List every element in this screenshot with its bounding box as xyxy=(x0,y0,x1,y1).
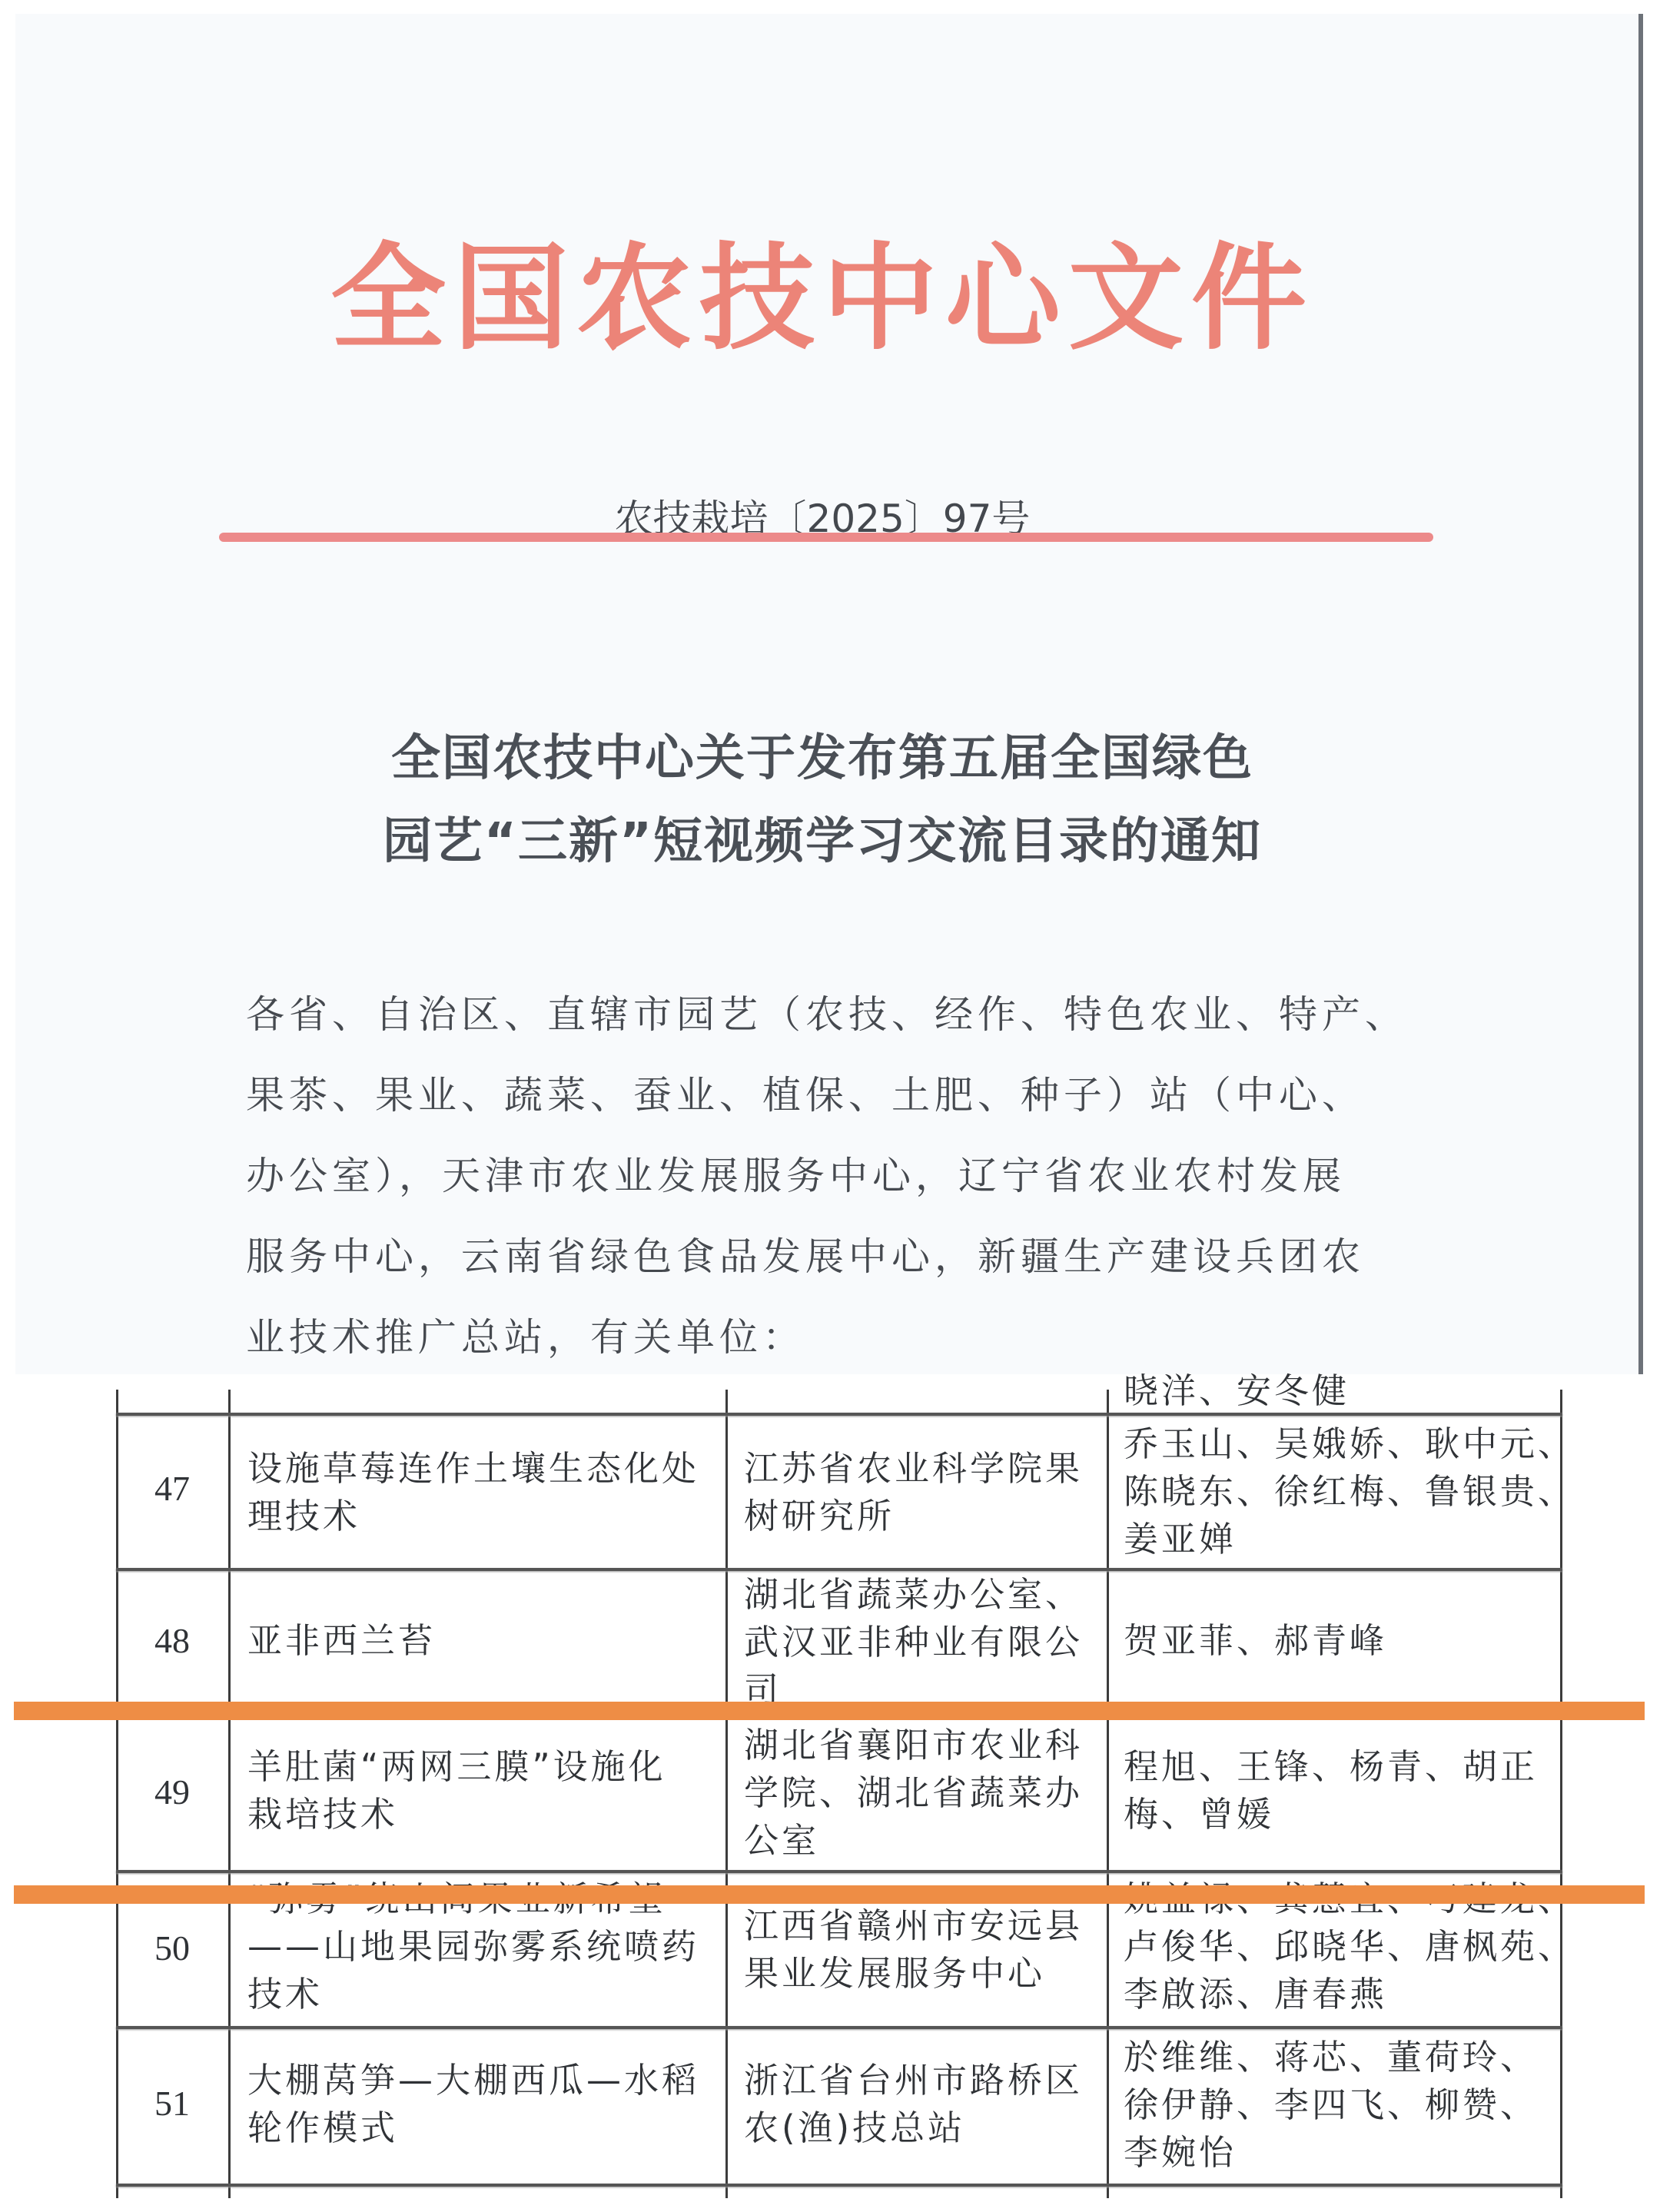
unit-line: 湖北省襄阳市农业科 xyxy=(744,1722,1083,1769)
salutation-line: 果茶、果业、蔬菜、蚕业、植保、土肥、种子）站（中心、 xyxy=(246,1055,1414,1136)
row-number: 51 xyxy=(116,2083,228,2124)
title-line: 大棚莴笋—大棚西瓜—水稻 xyxy=(247,2057,699,2104)
red-divider-rule xyxy=(219,533,1433,542)
column-divider xyxy=(1107,1390,1109,2198)
salutation-line: 办公室），天津市农业发展服务中心，辽宁省农业农村发展 xyxy=(246,1136,1414,1217)
names-cell-partial: 晓洋、安冬健 xyxy=(1124,1372,1350,1410)
salutation-line: 各省、自治区、直辖市园艺（农技、经作、特色农业、特产、 xyxy=(246,975,1414,1055)
unit-cell: 江西省赣州市安远县 果业发展服务中心 xyxy=(744,1902,1083,1998)
title-cell: 大棚莴笋—大棚西瓜—水稻 轮作模式 xyxy=(247,2057,699,2152)
row-divider xyxy=(116,2184,1562,2187)
unit-line: 江西省赣州市安远县 xyxy=(744,1902,1083,1950)
title-line: 轮作模式 xyxy=(247,2104,699,2152)
unit-cell: 湖北省蔬菜办公室、 武汉亚非种业有限公 司 xyxy=(744,1571,1083,1714)
names-line: 陈晓东、徐红梅、鲁银贵、 xyxy=(1124,1468,1575,1516)
title-line: “弥雾”绕山间果业新希望 xyxy=(247,1875,699,1923)
title-line: 亚非西兰苔 xyxy=(247,1617,436,1665)
names-cell: 姚益禄、龚慧宜、刁建龙、 卢俊华、邱晓华、唐枫苑、 李啟添、唐春燕 xyxy=(1124,1875,1575,2018)
names-line: 卢俊华、邱晓华、唐枫苑、 xyxy=(1124,1923,1575,1971)
names-line: 姜亚婵 xyxy=(1124,1516,1575,1563)
unit-line: 树研究所 xyxy=(744,1493,1083,1540)
names-line: 姚益禄、龚慧宜、刁建龙、 xyxy=(1124,1875,1575,1923)
title-line: 栽培技术 xyxy=(247,1791,666,1838)
names-cell: 程旭、王锋、杨青、胡正 梅、曾媛 xyxy=(1124,1743,1538,1838)
names-cell: 乔玉山、吴娥娇、耿中元、 陈晓东、徐红梅、鲁银贵、 姜亚婵 xyxy=(1124,1420,1575,1563)
red-letterhead: 全国农技中心文件 xyxy=(15,221,1629,375)
notice-title-line-2: 园艺“三新”短视频学习交流目录的通知 xyxy=(15,800,1629,883)
names-line: 贺亚菲、郝青峰 xyxy=(1124,1617,1387,1665)
title-line: 羊肚菌“两网三膜”设施化 xyxy=(247,1743,666,1791)
row-number: 49 xyxy=(116,1772,228,1812)
unit-line: 浙江省台州市路桥区 xyxy=(744,2057,1083,2104)
title-cell: “弥雾”绕山间果业新希望 ——山地果园弥雾系统喷药 技术 xyxy=(247,1875,699,2018)
notice-title-line-1: 全国农技中心关于发布第五届全国绿色 xyxy=(15,717,1629,800)
unit-cell: 湖北省襄阳市农业科 学院、湖北省蔬菜办 公室 xyxy=(744,1722,1083,1865)
names-cell: 贺亚菲、郝青峰 xyxy=(1124,1617,1387,1665)
unit-line: 学院、湖北省蔬菜办 xyxy=(744,1769,1083,1817)
names-line: 梅、曾媛 xyxy=(1124,1791,1538,1838)
column-divider xyxy=(228,1390,231,2198)
unit-line: 司 xyxy=(744,1666,1083,1714)
unit-line: 江苏省农业科学院果 xyxy=(744,1445,1083,1493)
unit-cell: 江苏省农业科学院果 树研究所 xyxy=(744,1445,1083,1540)
title-cell: 设施草莓连作土壤生态化处 理技术 xyxy=(247,1445,699,1540)
title-line: ——山地果园弥雾系统喷药 xyxy=(247,1923,699,1971)
notice-title: 全国农技中心关于发布第五届全国绿色 园艺“三新”短视频学习交流目录的通知 xyxy=(15,717,1629,883)
names-line: 於维维、蒋芯、董荷玲、 xyxy=(1124,2034,1538,2081)
title-cell: 羊肚菌“两网三膜”设施化 栽培技术 xyxy=(247,1743,666,1838)
salutation-line: 服务中心，云南省绿色食品发展中心，新疆生产建设兵团农 xyxy=(246,1217,1414,1297)
title-line: 设施草莓连作土壤生态化处 xyxy=(247,1445,699,1493)
names-line: 李婉怡 xyxy=(1124,2129,1538,2177)
unit-line: 公室 xyxy=(744,1817,1083,1865)
unit-line: 农(渔)技总站 xyxy=(744,2104,1083,2152)
names-line: 李啟添、唐春燕 xyxy=(1124,1971,1575,2018)
title-line: 理技术 xyxy=(247,1493,699,1540)
document-header-section: 全国农技中心文件 农技栽培〔2025〕97号 全国农技中心关于发布第五届全国绿色… xyxy=(15,14,1643,1374)
unit-cell: 浙江省台州市路桥区 农(渔)技总站 xyxy=(744,2057,1083,2152)
names-cell: 於维维、蒋芯、董荷玲、 徐伊静、李四飞、柳赞、 李婉怡 xyxy=(1124,2034,1538,2177)
names-line: 乔玉山、吴娥娇、耿中元、 xyxy=(1124,1420,1575,1468)
unit-line: 湖北省蔬菜办公室、 xyxy=(744,1571,1083,1619)
column-divider xyxy=(725,1390,728,2198)
row-divider xyxy=(116,1870,1562,1873)
row-number: 47 xyxy=(116,1468,228,1509)
title-line: 技术 xyxy=(247,1971,699,2018)
row-number: 50 xyxy=(116,1928,228,1968)
unit-line: 武汉亚非种业有限公 xyxy=(744,1619,1083,1666)
unit-line: 果业发展服务中心 xyxy=(744,1950,1083,1998)
row-divider xyxy=(116,2026,1562,2029)
title-cell: 亚非西兰苔 xyxy=(247,1617,436,1665)
names-line: 徐伊静、李四飞、柳赞、 xyxy=(1124,2081,1538,2129)
row-divider xyxy=(116,1413,1562,1416)
row-number: 48 xyxy=(116,1620,228,1661)
names-line: 程旭、王锋、杨青、胡正 xyxy=(1124,1743,1538,1791)
salutation-paragraph: 各省、自治区、直辖市园艺（农技、经作、特色农业、特产、 果茶、果业、蔬菜、蚕业、… xyxy=(246,975,1414,1378)
salutation-line: 业技术推广总站，有关单位： xyxy=(246,1297,1414,1378)
